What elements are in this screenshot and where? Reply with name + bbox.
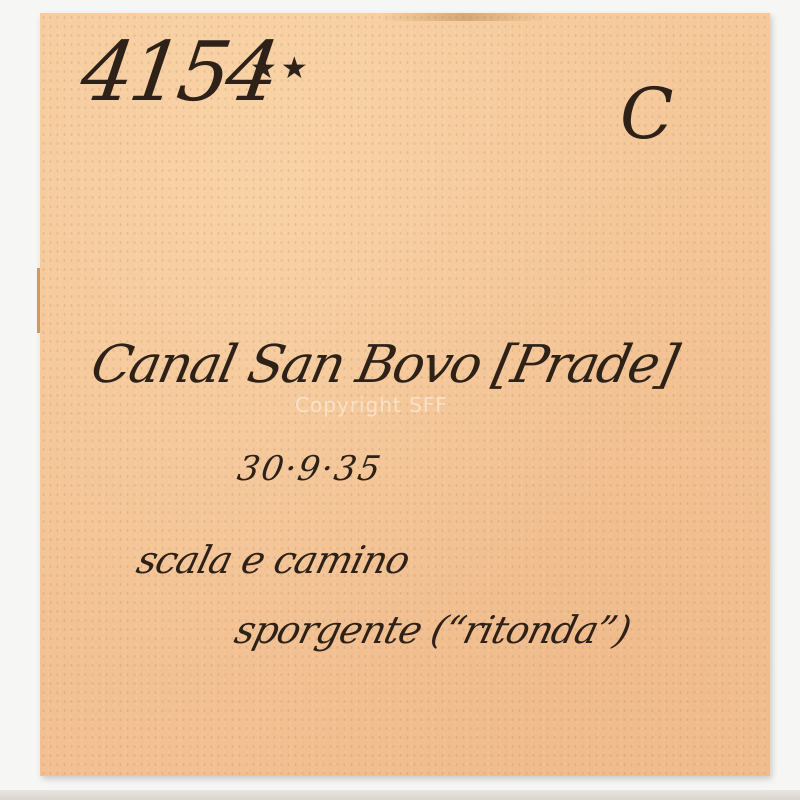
paper-stain [380, 13, 550, 21]
place-name: Canal San Bovo [Prade] [86, 335, 682, 395]
class-letter: C [620, 73, 674, 155]
archive-card: 4154 ★★ C Canal San Bovo [Prade] Copyrig… [40, 13, 770, 776]
scanner-bed-edge [0, 790, 800, 800]
description-line-1: scala e camino [133, 538, 414, 582]
date: 30·9·35 [234, 449, 385, 489]
paper-edge-fold [37, 268, 40, 333]
description-line-2: sporgente (“ritonda”) [231, 608, 635, 652]
copyright-watermark: Copyright SFF [295, 393, 448, 417]
star-marks-icon: ★★ [250, 51, 312, 86]
